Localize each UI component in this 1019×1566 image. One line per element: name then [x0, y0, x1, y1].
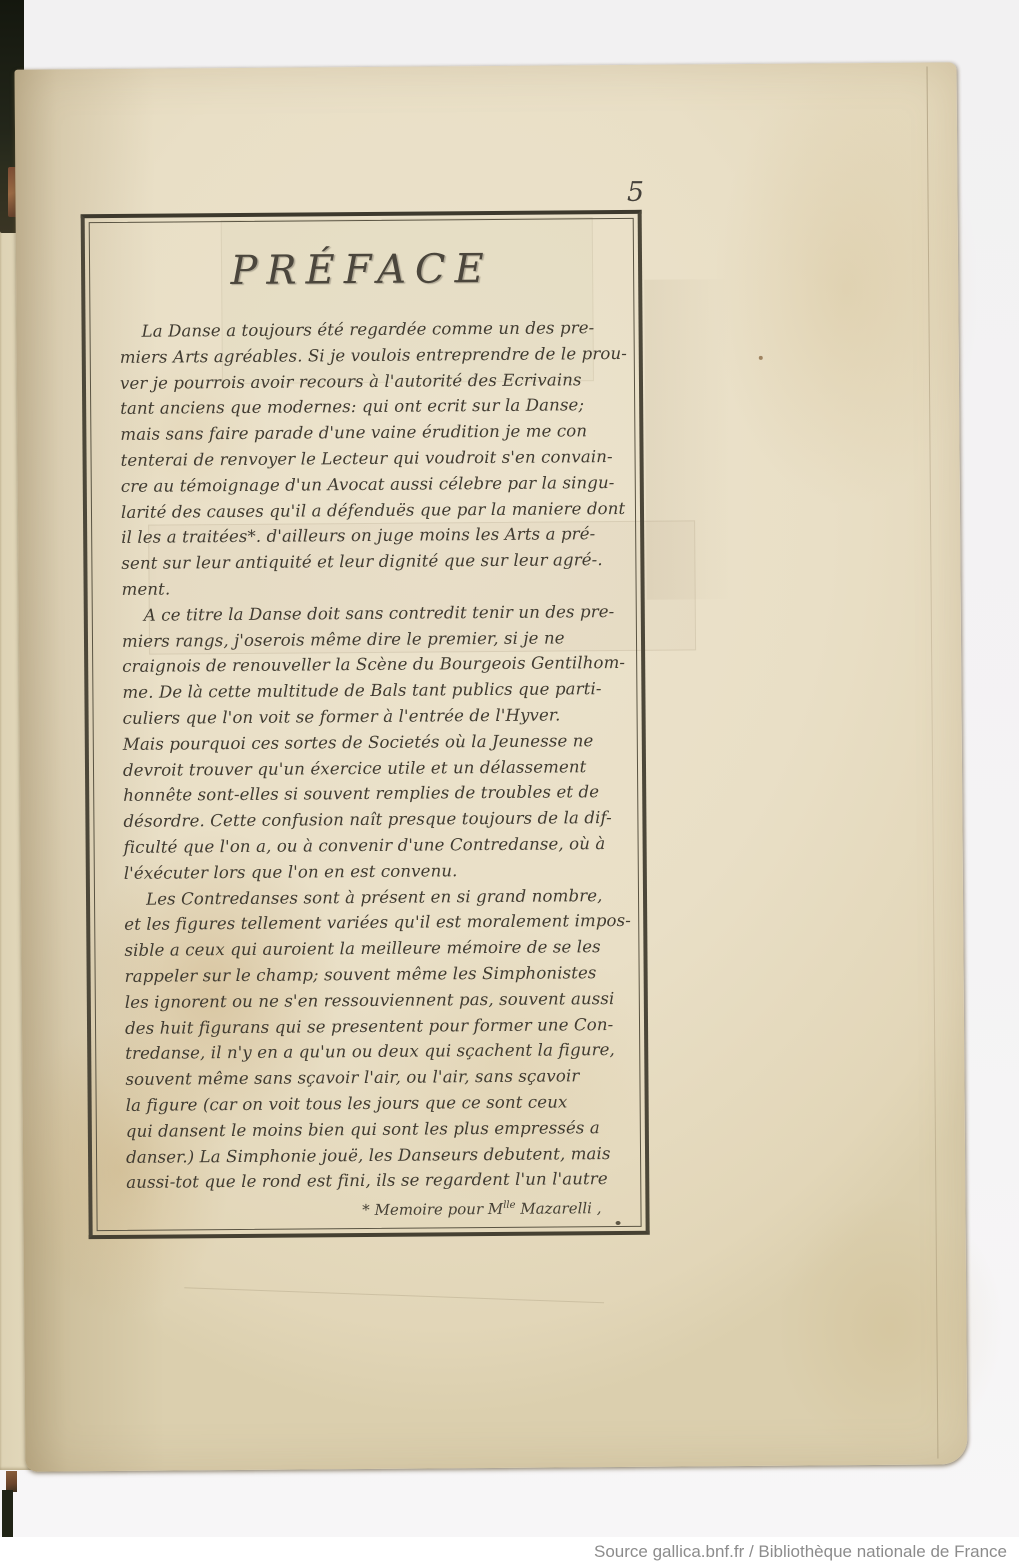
text-line: sent sur leur antiquité et leur dignité … [121, 547, 636, 577]
text-line: La Danse a toujours été regardée comme u… [119, 315, 634, 345]
text-line: la figure (car on voit tous les jours qu… [126, 1089, 641, 1119]
scanned-book-page-view: 5 PRÉFACE La Danse a toujours été regard… [0, 0, 1019, 1566]
source-attribution-bar: Source gallica.bnf.fr / Bibliothèque nat… [0, 1537, 1019, 1566]
ink-dot [616, 1221, 621, 1225]
text-line: mais sans faire parade d'une vaine érudi… [120, 418, 635, 448]
text-line: danser.) La Simphonie jouë, les Danseurs… [126, 1140, 641, 1170]
text-line: ficulté que l'on a, ou à convenir d'une … [124, 831, 639, 861]
text-line: aussi-tot que le rond est fini, ils se r… [126, 1166, 641, 1196]
text-line: culiers que l'on voit se former à l'entr… [123, 702, 638, 732]
text-line: rappeler sur le champ; souvent même les … [125, 960, 640, 990]
paper-stain [715, 72, 978, 504]
footnote: * Memoire pour Mlle Mazarelli , [362, 1192, 601, 1224]
paragraph-2: A ce titre la Danse doit sans contredit … [122, 599, 639, 887]
text-line: ver je pourrois avoir recours à l'autori… [120, 366, 635, 396]
text-line: tenterai de renvoyer le Lecteur qui voud… [120, 444, 635, 474]
text-line: devroit trouver qu'un éxercice utile et … [123, 753, 638, 783]
text-line: sible a ceux qui auroient la meilleure m… [124, 934, 639, 964]
text-line: miers Arts agréables. Si je voulois entr… [120, 341, 635, 371]
text-line: A ce titre la Danse doit sans contredit … [122, 599, 637, 629]
page-number: 5 [615, 177, 655, 208]
pencil-scratch [184, 1287, 604, 1303]
text-line: et les figures tellement variées qu'il e… [124, 908, 639, 938]
text-line: tredanse, il n'y en a qu'un ou deux qui … [125, 1037, 640, 1067]
book-cover-edge-bottom [2, 1490, 13, 1537]
footnote-superscript: lle [503, 1200, 515, 1211]
text-line: les ignorent ou ne s'en ressouviennent p… [125, 986, 640, 1016]
text-line: larité des causes qu'il a défenduës que … [121, 495, 636, 525]
text-line: des huit figurans qui se presentent pour… [125, 1011, 640, 1041]
text-line: désordre. Cette confusion naît presque t… [123, 805, 638, 835]
paper-crease [927, 67, 939, 1459]
page-title: PRÉFACE [85, 244, 638, 296]
verso-show-through [644, 279, 732, 600]
text-line: ment. [121, 573, 636, 603]
text-line: cre au témoignage d'un Avocat aussi céle… [121, 470, 636, 500]
text-line: souvent même sans sçavoir l'air, ou l'ai… [125, 1063, 640, 1093]
text-line: me. De là cette multitude de Bals tant p… [122, 676, 637, 706]
book-page: 5 PRÉFACE La Danse a toujours été regard… [15, 62, 968, 1471]
text-line: qui dansent le moins bien qui sont les p… [126, 1115, 641, 1145]
text-line: craignois de renouveller la Scène du Bou… [122, 650, 637, 680]
footnote-text: * Memoire pour M [362, 1200, 503, 1219]
text-line: l'éxécuter lors que l'on en est convenu. [124, 857, 639, 887]
ink-speck [759, 356, 763, 360]
text-line: honnête sont-elles si souvent remplies d… [123, 779, 638, 809]
book-cover-chip [6, 1471, 17, 1492]
source-attribution: Source gallica.bnf.fr / Bibliothèque nat… [594, 1542, 1007, 1562]
paragraph-1: La Danse a toujours été regardée comme u… [119, 315, 636, 603]
text-line: il les a traitées*. d'ailleurs on juge m… [121, 521, 636, 551]
text-line: Les Contredanses sont à présent en si gr… [124, 882, 639, 912]
text-line: tant anciens que modernes: qui ont ecrit… [120, 392, 635, 422]
body-text: La Danse a toujours été regardée comme u… [85, 315, 645, 1226]
text-line: miers rangs, j'oserois même dire le prem… [122, 624, 637, 654]
footnote-text: Mazarelli , [515, 1199, 601, 1218]
paragraph-3: Les Contredanses sont à présent en si gr… [124, 882, 641, 1196]
text-line: Mais pourquoi ces sortes de Societés où … [123, 728, 638, 758]
decorative-frame: PRÉFACE La Danse a toujours été regardée… [81, 210, 650, 1239]
frame-content: PRÉFACE La Danse a toujours été regardée… [85, 214, 646, 1235]
